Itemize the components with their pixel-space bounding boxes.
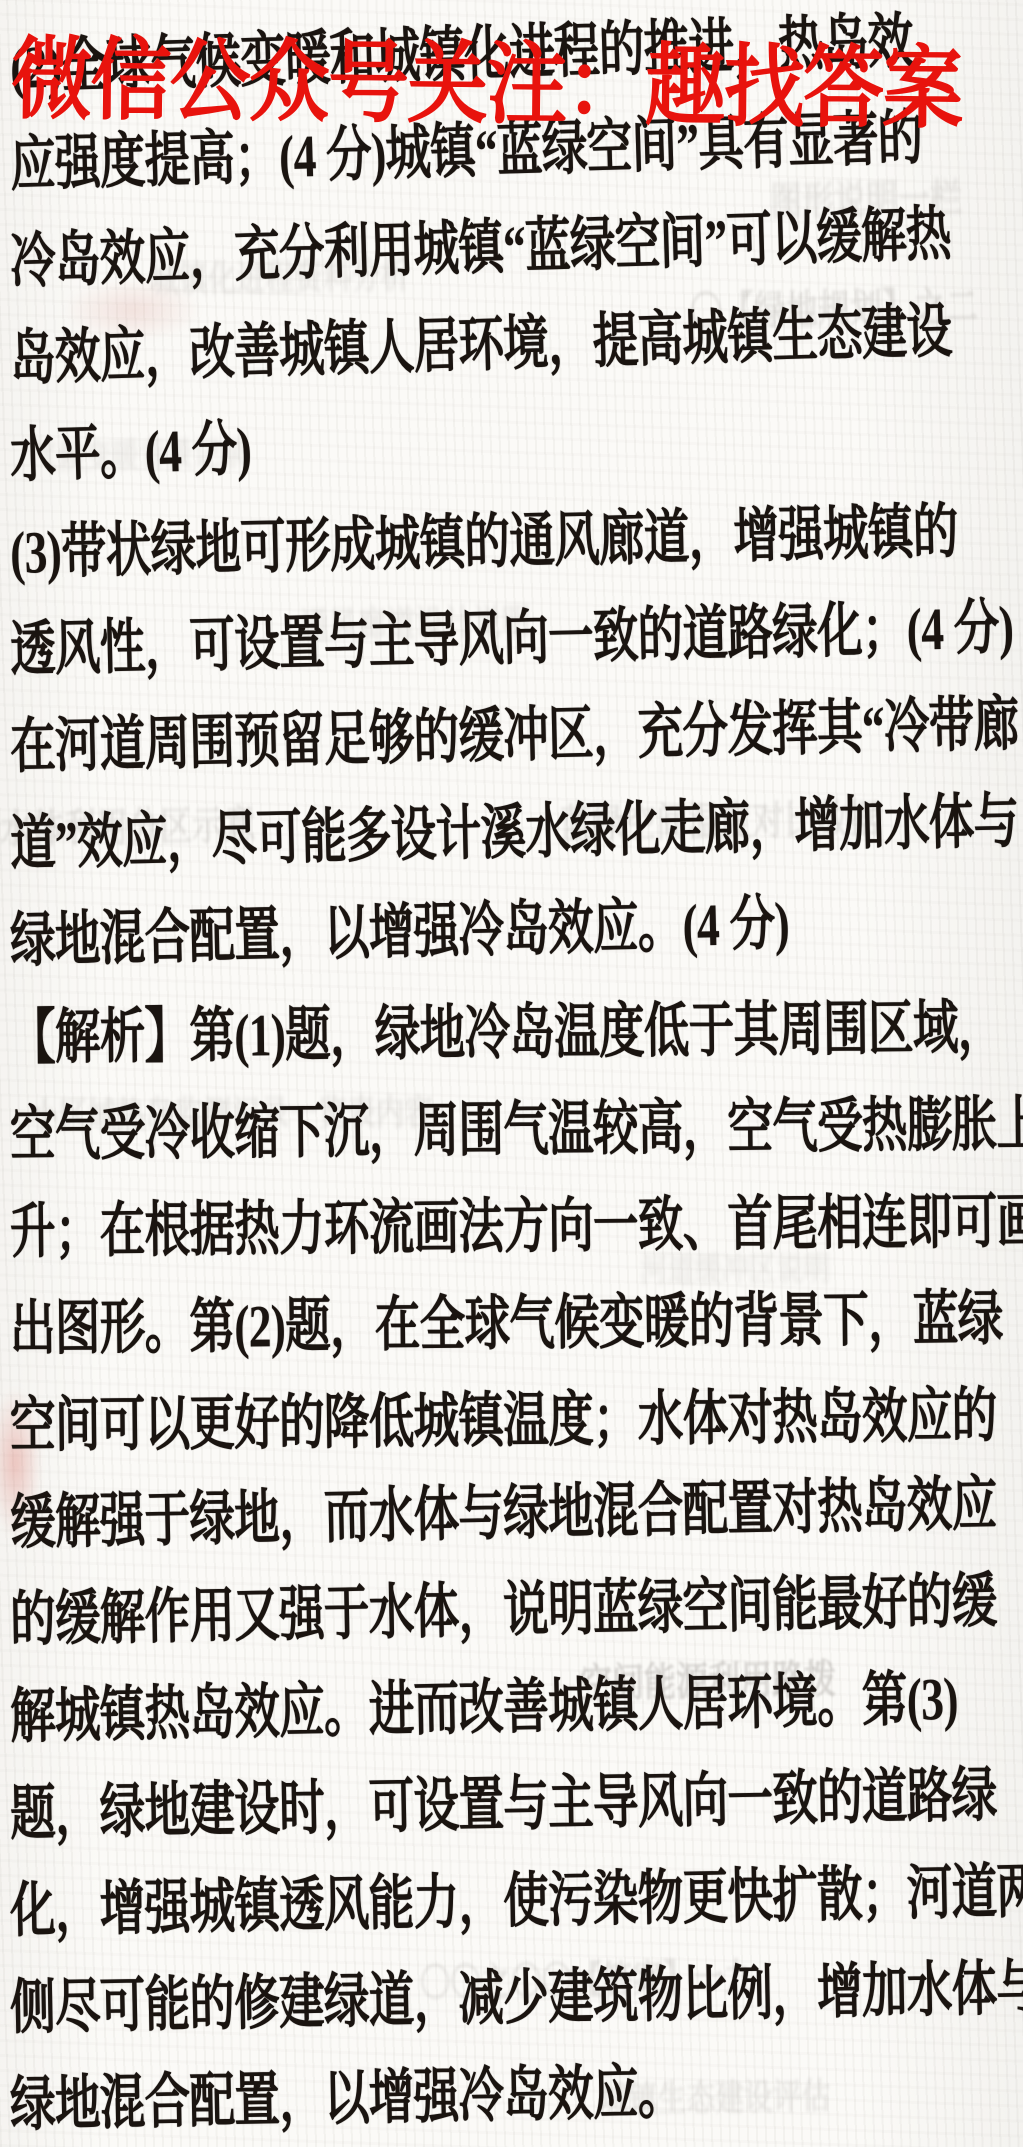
text-line: 缓解强于绿地，而水体与绿地混合配置对热岛效应 — [9, 1454, 781, 1566]
text-line: 绿地混合配置，以增强冷岛效应。(4 分) — [9, 870, 781, 984]
text-line: 在河道周围预留足够的缓冲区，充分发挥其“冷带廊 — [9, 676, 781, 790]
text-line: 侧尽可能的修建绿道，减少建筑物比例，增加水体与 — [9, 1939, 781, 2051]
text-line: 道”效应，尽可能多设计溪水绿化走廊，增加水体与 — [9, 773, 781, 887]
text-line: 透风性，可设置与主导风向一致的道路绿化；(4 分) — [9, 579, 781, 693]
watermark-text: 微信公众号关注：趣找答案 — [11, 6, 963, 146]
text-line: 【解析】第(1)题，绿地冷岛温度低于其周围区域， — [9, 976, 780, 1081]
text-line: 空气受冷收缩下沉，周围气温较高，空气受热膨胀上 — [9, 1073, 780, 1178]
answer-text-block: (2)全球气候变暖和城镇化进程的推进，热岛效应强度提高；(4 分)城镇“蓝绿空间… — [10, 14, 1023, 2147]
text-line: 化，增强城镇透风能力，使污染物更快扩散；河道两 — [9, 1842, 781, 1954]
text-line: 的缓解作用又强于水体，说明蓝绿空间能最好的缓 — [9, 1551, 781, 1663]
text-line: 题，绿地建设时，可设置与主导风向一致的道路绿 — [9, 1745, 781, 1857]
text-line: 空间可以更好的降低城镇温度；水体对热岛效应的 — [9, 1364, 780, 1469]
text-line: 绿地混合配置，以增强冷岛效应。 — [9, 2036, 781, 2147]
text-line: 解城镇热岛效应。进而改善城镇人居环境。第(3) — [9, 1648, 781, 1760]
text-line: 出图形。第(2)题，在全球气候变暖的背景下，蓝绿 — [9, 1267, 780, 1372]
scanned-answer-page: 城镇化进程资料分析图形说明一栏〇【绿地规划】之二气候变暖背景记录通风廊道设计说明… — [0, 0, 1023, 2147]
text-line: 升；在根据热力环流画法方向一致、首尾相连即可画 — [9, 1170, 780, 1275]
text-line: (3)带状绿地可形成城镇的通风廊道，增强城镇的 — [9, 482, 781, 596]
